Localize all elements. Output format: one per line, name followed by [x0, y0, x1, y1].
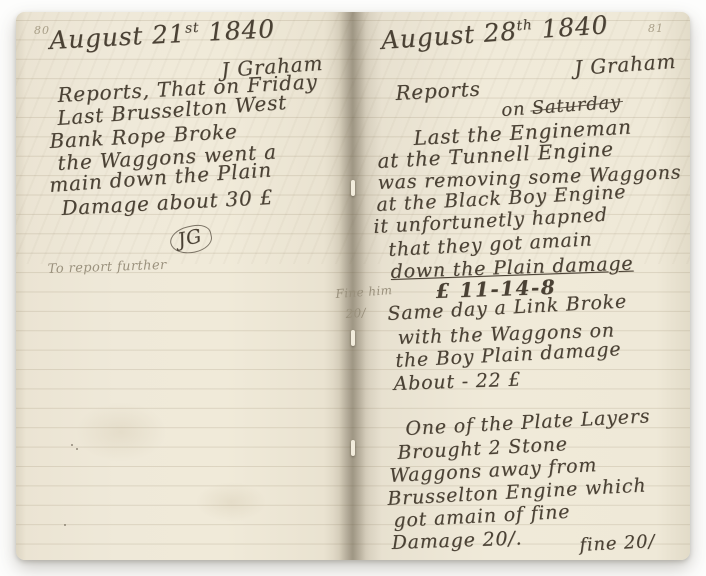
page-number-81: 81: [648, 22, 664, 35]
manuscript-line: August 28th 1840: [380, 12, 609, 53]
text-run: 20/: [345, 306, 366, 321]
text-run: fine 20/: [579, 531, 656, 556]
text-run: JG: [168, 222, 215, 257]
manuscript-line: Damage 20/.: [391, 529, 522, 553]
manuscript-line: August 21st 1840: [49, 16, 276, 53]
text-run: August 28: [380, 17, 518, 55]
text-run: To report further: [48, 258, 167, 277]
text-run: Damage 20/.: [391, 527, 522, 554]
text-run: J Graham: [573, 49, 676, 80]
manuscript-line: fine 20/: [579, 533, 656, 555]
manuscript-text-layer: August 21st 1840J GrahamReports, That on…: [0, 0, 706, 576]
text-run: 1840: [532, 10, 609, 44]
text-run: Reports: [395, 77, 481, 105]
margin-note: Fine him: [335, 284, 393, 300]
manuscript-line: About - 22 £: [393, 371, 521, 394]
margin-note: 20/: [345, 307, 366, 320]
pencil-note: To report further: [48, 259, 167, 276]
text-run: About - 22 £: [393, 369, 521, 395]
manuscript-line: J Graham: [574, 51, 677, 78]
text-run: 1840: [199, 14, 276, 47]
text-run: on: [501, 98, 533, 121]
text-run: Fine him: [335, 283, 393, 301]
text-run: th: [516, 17, 533, 34]
text-run: st: [185, 20, 200, 37]
text-run: August 21: [49, 19, 186, 55]
manuscript-line: Reports: [395, 79, 481, 103]
page-number-80: 80: [34, 24, 50, 37]
initials-flourish: JG: [170, 226, 212, 253]
photo-of-open-journal: { "palette":{ "photo_background":"#fdfdf…: [0, 0, 706, 576]
